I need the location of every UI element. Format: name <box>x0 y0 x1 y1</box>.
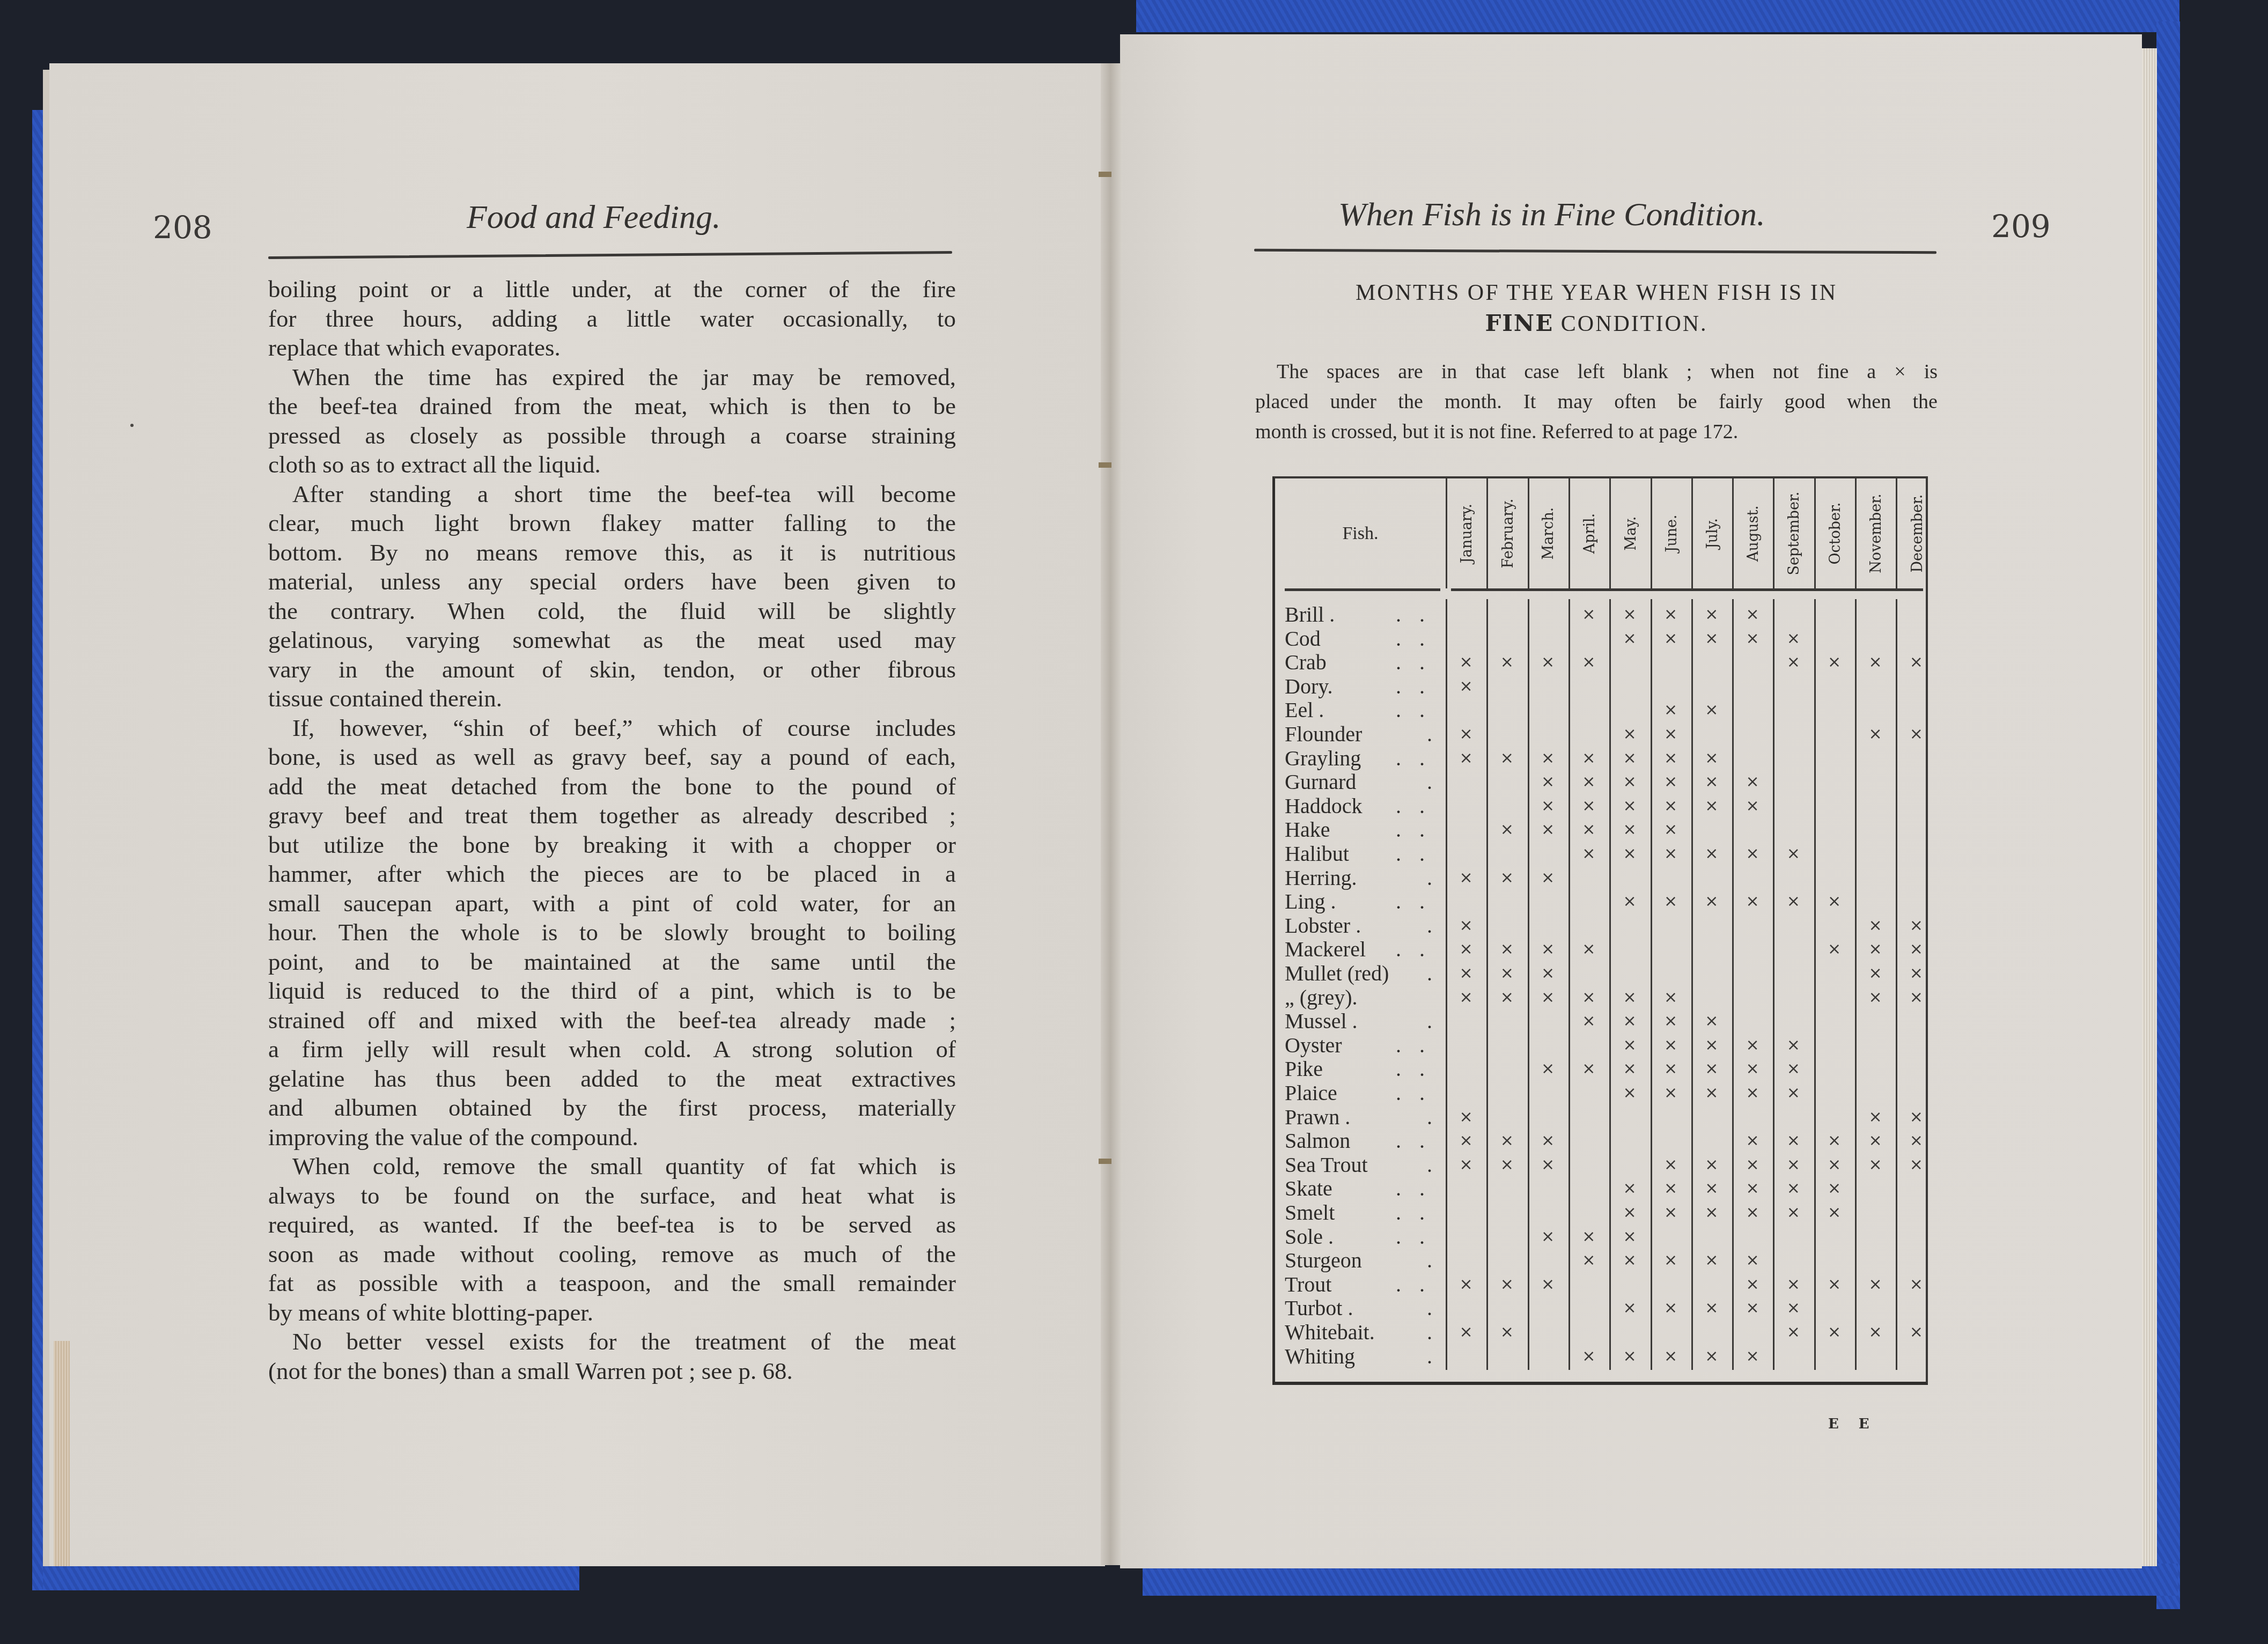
leader-dots: .. <box>1396 938 1443 961</box>
cross-mark: × <box>1651 723 1691 746</box>
leader-dots: . <box>1427 770 1450 794</box>
cross-mark: × <box>1569 1249 1609 1272</box>
cross-mark: × <box>1569 747 1609 770</box>
cross-mark: × <box>1896 1153 1936 1177</box>
table-heading-rest: CONDITION. <box>1553 312 1707 336</box>
table-header-month: January. <box>1446 478 1486 588</box>
leader-dots: . <box>1427 1296 1450 1320</box>
table-row: „ (grey).×××××××× <box>1275 986 1926 1009</box>
fish-name: Whiting <box>1285 1345 1440 1368</box>
cross-mark: × <box>1486 1129 1527 1153</box>
table-row: Lobster ..××× <box>1275 914 1926 938</box>
cross-mark: × <box>1569 986 1609 1009</box>
cross-mark: × <box>1855 1105 1896 1129</box>
cross-mark: × <box>1732 842 1773 866</box>
cross-mark: × <box>1691 890 1732 913</box>
book-gutter <box>1101 63 1122 1565</box>
fish-name: Whitebait. <box>1285 1321 1440 1344</box>
month-label: September. <box>1786 492 1802 576</box>
leader-dots: .. <box>1396 1177 1443 1200</box>
body-text-line: fat as possible with a teaspoon, and the… <box>268 1269 956 1298</box>
body-text-line: boiling point or a little under, at the … <box>268 275 956 304</box>
body-text-line: by means of white blotting-paper. <box>268 1298 956 1328</box>
book-cover-bottom-left <box>43 1564 579 1590</box>
body-text-line: vary in the amount of skin, tendon, or o… <box>268 655 956 684</box>
cross-mark: × <box>1528 962 1569 985</box>
leader-dots: .. <box>1396 1081 1443 1105</box>
cross-mark: × <box>1732 1129 1773 1153</box>
cross-mark: × <box>1569 1009 1609 1033</box>
cross-mark: × <box>1651 818 1691 842</box>
cross-mark: × <box>1691 770 1732 794</box>
table-row: Flounder.××××× <box>1275 723 1926 746</box>
table-row: Smelt..×××××× <box>1275 1201 1926 1225</box>
month-label: June. <box>1663 514 1680 552</box>
cross-mark: × <box>1814 890 1855 913</box>
table-header-month: July. <box>1691 478 1732 588</box>
table-header-month: April. <box>1569 478 1609 588</box>
left-body-text: boiling point or a little under, at the … <box>268 275 956 1385</box>
table-header-month: November. <box>1855 478 1896 588</box>
intro-text-line: The spaces are in that case left blank ;… <box>1255 357 1938 387</box>
cross-mark: × <box>1609 1201 1650 1225</box>
cross-mark: × <box>1446 866 1486 890</box>
cross-mark: × <box>1446 1321 1486 1344</box>
table-header-month: May. <box>1609 478 1650 588</box>
cross-mark: × <box>1651 1296 1691 1320</box>
cross-mark: × <box>1773 627 1814 651</box>
cross-mark: × <box>1569 603 1609 626</box>
leader-dots: .. <box>1396 747 1443 770</box>
table-row: Prawn ..××× <box>1275 1105 1926 1129</box>
cross-mark: × <box>1609 1081 1650 1105</box>
cross-mark: × <box>1732 1057 1773 1081</box>
leader-dots: .. <box>1396 651 1443 674</box>
cross-mark: × <box>1814 1201 1855 1225</box>
body-text-line: material, unless any special orders have… <box>268 567 956 596</box>
book-cover-right <box>1136 0 2179 32</box>
body-text-line: the beef-tea drained from the meat, whic… <box>268 392 956 421</box>
table-row: Ling ...×××××× <box>1275 890 1926 913</box>
body-text-line: gelatinous, varying somewhat as the meat… <box>268 625 956 655</box>
leader-dots: .. <box>1396 1129 1443 1153</box>
cross-mark: × <box>1609 818 1650 842</box>
month-label: February. <box>1499 498 1516 568</box>
cross-mark: × <box>1609 723 1650 746</box>
book-cover-left-edge <box>32 110 50 1590</box>
cross-mark: × <box>1651 1345 1691 1368</box>
leader-dots: . <box>1427 1249 1450 1272</box>
body-text-line: strained off and mixed with the beef-tea… <box>268 1006 956 1035</box>
cross-mark: × <box>1486 938 1527 961</box>
cross-mark: × <box>1855 914 1896 938</box>
right-running-head: When Fish is in Fine Condition. <box>1338 196 1765 234</box>
table-row: Herring..××× <box>1275 866 1926 890</box>
fish-name: Herring. <box>1285 866 1440 890</box>
cross-mark: × <box>1855 1321 1896 1344</box>
cross-mark: × <box>1486 651 1527 674</box>
cross-mark: × <box>1528 747 1569 770</box>
cross-mark: × <box>1486 1321 1527 1344</box>
cross-mark: × <box>1528 986 1569 1009</box>
fish-name: Mussel . <box>1285 1009 1440 1033</box>
cross-mark: × <box>1446 962 1486 985</box>
table-header-month: August. <box>1732 478 1773 588</box>
month-label: May. <box>1622 517 1639 551</box>
body-text-line: tissue contained therein. <box>268 684 956 713</box>
cross-mark: × <box>1732 794 1773 818</box>
cross-mark: × <box>1773 1177 1814 1200</box>
cross-mark: × <box>1446 914 1486 938</box>
cross-mark: × <box>1609 890 1650 913</box>
cross-mark: × <box>1651 890 1691 913</box>
table-row: Crab..×××××××× <box>1275 651 1926 674</box>
cross-mark: × <box>1855 962 1896 985</box>
cross-mark: × <box>1651 1034 1691 1057</box>
cross-mark: × <box>1691 1296 1732 1320</box>
cross-mark: × <box>1651 1153 1691 1177</box>
table-row: Cod..××××× <box>1275 627 1926 651</box>
cross-mark: × <box>1773 890 1814 913</box>
cross-mark: × <box>1896 986 1936 1009</box>
cross-mark: × <box>1486 818 1527 842</box>
cross-mark: × <box>1732 770 1773 794</box>
table-row: Eel ...×× <box>1275 698 1926 722</box>
cross-mark: × <box>1773 1321 1814 1344</box>
cross-mark: × <box>1651 627 1691 651</box>
cross-mark: × <box>1773 842 1814 866</box>
cross-mark: × <box>1651 1009 1691 1033</box>
cross-mark: × <box>1732 1249 1773 1272</box>
cross-mark: × <box>1691 1345 1732 1368</box>
cross-mark: × <box>1651 603 1691 626</box>
cross-mark: × <box>1691 1249 1732 1272</box>
cross-mark: × <box>1651 986 1691 1009</box>
book-cover-bottom <box>1143 1564 2178 1596</box>
month-label: October. <box>1827 502 1844 564</box>
right-page-edges <box>2142 48 2157 1566</box>
leader-dots: .. <box>1396 1225 1443 1249</box>
cross-mark: × <box>1732 1345 1773 1368</box>
body-text-line: the contrary. When cold, the fluid will … <box>268 596 956 626</box>
month-label: January. <box>1459 504 1475 563</box>
cross-mark: × <box>1814 938 1855 961</box>
leader-dots: . <box>1427 1009 1450 1033</box>
body-text-line: point, and to be maintained at the same … <box>268 947 956 977</box>
body-text-line: soon as made without cooling, remove as … <box>268 1240 956 1269</box>
table-row: Grayling..××××××× <box>1275 747 1926 770</box>
cross-mark: × <box>1446 747 1486 770</box>
table-row: Halibut..×××××× <box>1275 842 1926 866</box>
cross-mark: × <box>1609 1034 1650 1057</box>
cross-mark: × <box>1609 770 1650 794</box>
fish-name: Sea Trout <box>1285 1153 1440 1177</box>
body-text-line: improving the value of the compound. <box>268 1123 956 1152</box>
cross-mark: × <box>1569 938 1609 961</box>
cross-mark: × <box>1855 1129 1896 1153</box>
table-row: Sturgeon.××××× <box>1275 1249 1926 1272</box>
cross-mark: × <box>1732 1177 1773 1200</box>
cross-mark: × <box>1691 747 1732 770</box>
cross-mark: × <box>1773 651 1814 674</box>
fish-name: Turbot . <box>1285 1296 1440 1320</box>
table-header-month: June. <box>1651 478 1691 588</box>
cross-mark: × <box>1569 818 1609 842</box>
cross-mark: × <box>1732 1296 1773 1320</box>
left-page-number: 208 <box>153 209 212 246</box>
cross-mark: × <box>1446 986 1486 1009</box>
cross-mark: × <box>1569 1225 1609 1249</box>
leader-dots: . <box>1427 1345 1450 1368</box>
cross-mark: × <box>1528 1273 1569 1296</box>
cross-mark: × <box>1773 1273 1814 1296</box>
cross-mark: × <box>1896 914 1936 938</box>
cross-mark: × <box>1691 1081 1732 1105</box>
cross-mark: × <box>1446 651 1486 674</box>
cross-mark: × <box>1896 1129 1936 1153</box>
fish-name: Prawn . <box>1285 1105 1440 1129</box>
leader-dots: .. <box>1396 1034 1443 1057</box>
gutter-tear <box>1099 172 1111 177</box>
cross-mark: × <box>1609 986 1650 1009</box>
fish-name: „ (grey). <box>1285 986 1440 1009</box>
cross-mark: × <box>1855 1273 1896 1296</box>
cross-mark: × <box>1528 938 1569 961</box>
cross-mark: × <box>1609 842 1650 866</box>
cross-mark: × <box>1446 1153 1486 1177</box>
body-text-line: always to be found on the surface, and h… <box>268 1181 956 1211</box>
left-page-edges <box>54 1341 70 1566</box>
body-text-line: for three hours, adding a little water o… <box>268 304 956 334</box>
table-row: Hake..××××× <box>1275 818 1926 842</box>
cross-mark: × <box>1732 1081 1773 1105</box>
fish-condition-table: Fish. January.February.March.April.May.J… <box>1272 476 1928 1385</box>
cross-mark: × <box>1814 651 1855 674</box>
signature-mark: E E <box>1828 1416 1877 1432</box>
cross-mark: × <box>1528 1225 1569 1249</box>
cross-mark: × <box>1446 1129 1486 1153</box>
right-page-number: 209 <box>1991 208 2051 245</box>
fish-name: Lobster . <box>1285 914 1440 938</box>
leader-dots: .. <box>1396 698 1443 722</box>
leader-dots: .. <box>1396 890 1443 913</box>
cross-mark: × <box>1609 627 1650 651</box>
table-heading-line1: MONTHS OF THE YEAR WHEN FISH IS IN <box>1255 280 1938 306</box>
cross-mark: × <box>1651 770 1691 794</box>
cross-mark: × <box>1486 747 1527 770</box>
table-header-fish: Fish. <box>1275 478 1446 588</box>
cross-mark: × <box>1569 794 1609 818</box>
table-row: Mackerel..××××××× <box>1275 938 1926 961</box>
left-running-head: Food and Feeding. <box>467 198 721 237</box>
body-text-line: replace that which evaporates. <box>268 333 956 363</box>
intro-text-line: placed under the month. It may often be … <box>1255 387 1938 417</box>
cross-mark: × <box>1446 723 1486 746</box>
month-label: December. <box>1909 494 1925 572</box>
cross-mark: × <box>1896 651 1936 674</box>
cross-mark: × <box>1651 794 1691 818</box>
cross-mark: × <box>1855 651 1896 674</box>
body-text-line: bottom. By no means remove this, as it i… <box>268 538 956 567</box>
fish-name: Gurnard <box>1285 770 1440 794</box>
cross-mark: × <box>1691 842 1732 866</box>
cross-mark: × <box>1773 1057 1814 1081</box>
leader-dots: .. <box>1396 842 1443 866</box>
table-row: Trout..×××××××× <box>1275 1273 1926 1296</box>
month-label: August. <box>1745 505 1762 562</box>
table-row: Mussel ..×××× <box>1275 1009 1926 1033</box>
month-label: April. <box>1581 513 1598 554</box>
cross-mark: × <box>1446 1273 1486 1296</box>
cross-mark: × <box>1855 723 1896 746</box>
cross-mark: × <box>1732 1034 1773 1057</box>
cross-mark: × <box>1609 1225 1650 1249</box>
cross-mark: × <box>1609 1009 1650 1033</box>
table-row: Turbot ..××××× <box>1275 1296 1926 1320</box>
cross-mark: × <box>1486 986 1527 1009</box>
table-header-month: October. <box>1814 478 1855 588</box>
cross-mark: × <box>1691 794 1732 818</box>
body-text-line: gelatine has thus been added to the meat… <box>268 1064 956 1094</box>
cross-mark: × <box>1651 747 1691 770</box>
cross-mark: × <box>1528 770 1569 794</box>
table-row: Skate..×××××× <box>1275 1177 1926 1200</box>
cross-mark: × <box>1651 1249 1691 1272</box>
leader-dots: .. <box>1396 794 1443 818</box>
table-intro-text: The spaces are in that case left blank ;… <box>1255 357 1938 447</box>
body-text-line: liquid is reduced to the third of a pint… <box>268 976 956 1006</box>
cross-mark: × <box>1691 1153 1732 1177</box>
gutter-tear <box>1099 1159 1111 1164</box>
body-text-line: clear, much light brown flakey matter fa… <box>268 508 956 538</box>
cross-mark: × <box>1814 1321 1855 1344</box>
cross-mark: × <box>1528 818 1569 842</box>
cross-mark: × <box>1896 1273 1936 1296</box>
cross-mark: × <box>1651 1057 1691 1081</box>
cross-mark: × <box>1569 1057 1609 1081</box>
cross-mark: × <box>1691 1177 1732 1200</box>
cross-mark: × <box>1609 1345 1650 1368</box>
cross-mark: × <box>1446 938 1486 961</box>
cross-mark: × <box>1609 794 1650 818</box>
body-text-line: and albumen obtained by the first proces… <box>268 1093 956 1123</box>
body-text-line: required, as wanted. If the beef-tea is … <box>268 1210 956 1240</box>
table-row: Oyster..××××× <box>1275 1034 1926 1057</box>
month-label: July. <box>1704 518 1721 549</box>
body-text-line: hour. Then the whole is to be slowly bro… <box>268 918 956 947</box>
body-text-line: add the meat detached from the bone to t… <box>268 772 956 801</box>
cross-mark: × <box>1528 866 1569 890</box>
fish-name: Flounder <box>1285 723 1440 746</box>
table-header-month: February. <box>1486 478 1527 588</box>
cross-mark: × <box>1609 1249 1650 1272</box>
table-row: Sea Trout.×××××××××× <box>1275 1153 1926 1177</box>
cross-mark: × <box>1651 1081 1691 1105</box>
body-text-line: hammer, after which the pieces are to be… <box>268 859 956 889</box>
cross-mark: × <box>1855 938 1896 961</box>
cross-mark: × <box>1691 1034 1732 1057</box>
leader-dots: .. <box>1396 1273 1443 1296</box>
fish-name: Mullet (red) <box>1285 962 1440 985</box>
table-row: Pike..××××××× <box>1275 1057 1926 1081</box>
leader-dots: .. <box>1396 675 1443 698</box>
cross-mark: × <box>1569 651 1609 674</box>
cross-mark: × <box>1486 1153 1527 1177</box>
cross-mark: × <box>1486 866 1527 890</box>
cross-mark: × <box>1609 747 1650 770</box>
cross-mark: × <box>1651 842 1691 866</box>
cross-mark: × <box>1732 603 1773 626</box>
body-text-line: pressed as closely as possible through a… <box>268 421 956 451</box>
cross-mark: × <box>1732 1273 1773 1296</box>
cross-mark: × <box>1896 1105 1936 1129</box>
cross-mark: × <box>1732 1201 1773 1225</box>
month-label: November. <box>1868 493 1884 573</box>
body-text-line: When cold, remove the small quantity of … <box>268 1152 956 1181</box>
book-cover-right-edge <box>2156 21 2180 1609</box>
table-row: Haddock..×××××× <box>1275 794 1926 818</box>
cross-mark: × <box>1814 1129 1855 1153</box>
table-row: Whiting.××××× <box>1275 1345 1926 1368</box>
cross-mark: × <box>1609 1057 1650 1081</box>
cross-mark: × <box>1773 1153 1814 1177</box>
body-text-line: small saucepan apart, with a pint of col… <box>268 889 956 918</box>
body-text-line: When the time has expired the jar may be… <box>268 363 956 392</box>
cross-mark: × <box>1773 1129 1814 1153</box>
cross-mark: × <box>1814 1273 1855 1296</box>
cross-mark: × <box>1528 651 1569 674</box>
cross-mark: × <box>1609 1177 1650 1200</box>
cross-mark: × <box>1569 770 1609 794</box>
cross-mark: × <box>1569 842 1609 866</box>
cross-mark: × <box>1651 698 1691 722</box>
cross-mark: × <box>1814 1177 1855 1200</box>
cross-mark: × <box>1896 962 1936 985</box>
cross-mark: × <box>1609 603 1650 626</box>
table-heading-line2: FINE CONDITION. <box>1255 310 1938 337</box>
cross-mark: × <box>1446 675 1486 698</box>
header-rule <box>1285 588 1440 591</box>
header-rule <box>1451 588 1923 591</box>
cross-mark: × <box>1691 603 1732 626</box>
table-header-month: December. <box>1896 478 1936 588</box>
leader-dots: .. <box>1396 627 1443 651</box>
body-text-line: but utilize the bone by breaking it with… <box>268 830 956 860</box>
table-row: Mullet (red).××××× <box>1275 962 1926 985</box>
leader-dots: .. <box>1396 1057 1443 1081</box>
cross-mark: × <box>1896 723 1936 746</box>
cross-mark: × <box>1486 1273 1527 1296</box>
intro-text-line: month is crossed, but it is not fine. Re… <box>1255 417 1938 447</box>
cross-mark: × <box>1896 1321 1936 1344</box>
margin-mark <box>130 424 134 427</box>
cross-mark: × <box>1528 1129 1569 1153</box>
cross-mark: × <box>1446 1105 1486 1129</box>
cross-mark: × <box>1896 938 1936 961</box>
cross-mark: × <box>1773 1081 1814 1105</box>
body-text-line: If, however, “shin of beef,” which of co… <box>268 713 956 743</box>
table-row: Gurnard.×××××× <box>1275 770 1926 794</box>
cross-mark: × <box>1773 1201 1814 1225</box>
body-text-line: cloth so as to extract all the liquid. <box>268 450 956 480</box>
table-row: Plaice..××××× <box>1275 1081 1926 1105</box>
table-row: Dory...× <box>1275 675 1926 698</box>
fish-name: Sturgeon <box>1285 1249 1440 1272</box>
body-text-line: No better vessel exists for the treatmen… <box>268 1327 956 1357</box>
table-row: Salmon..×××××××× <box>1275 1129 1926 1153</box>
cross-mark: × <box>1855 986 1896 1009</box>
leader-dots: .. <box>1396 818 1443 842</box>
